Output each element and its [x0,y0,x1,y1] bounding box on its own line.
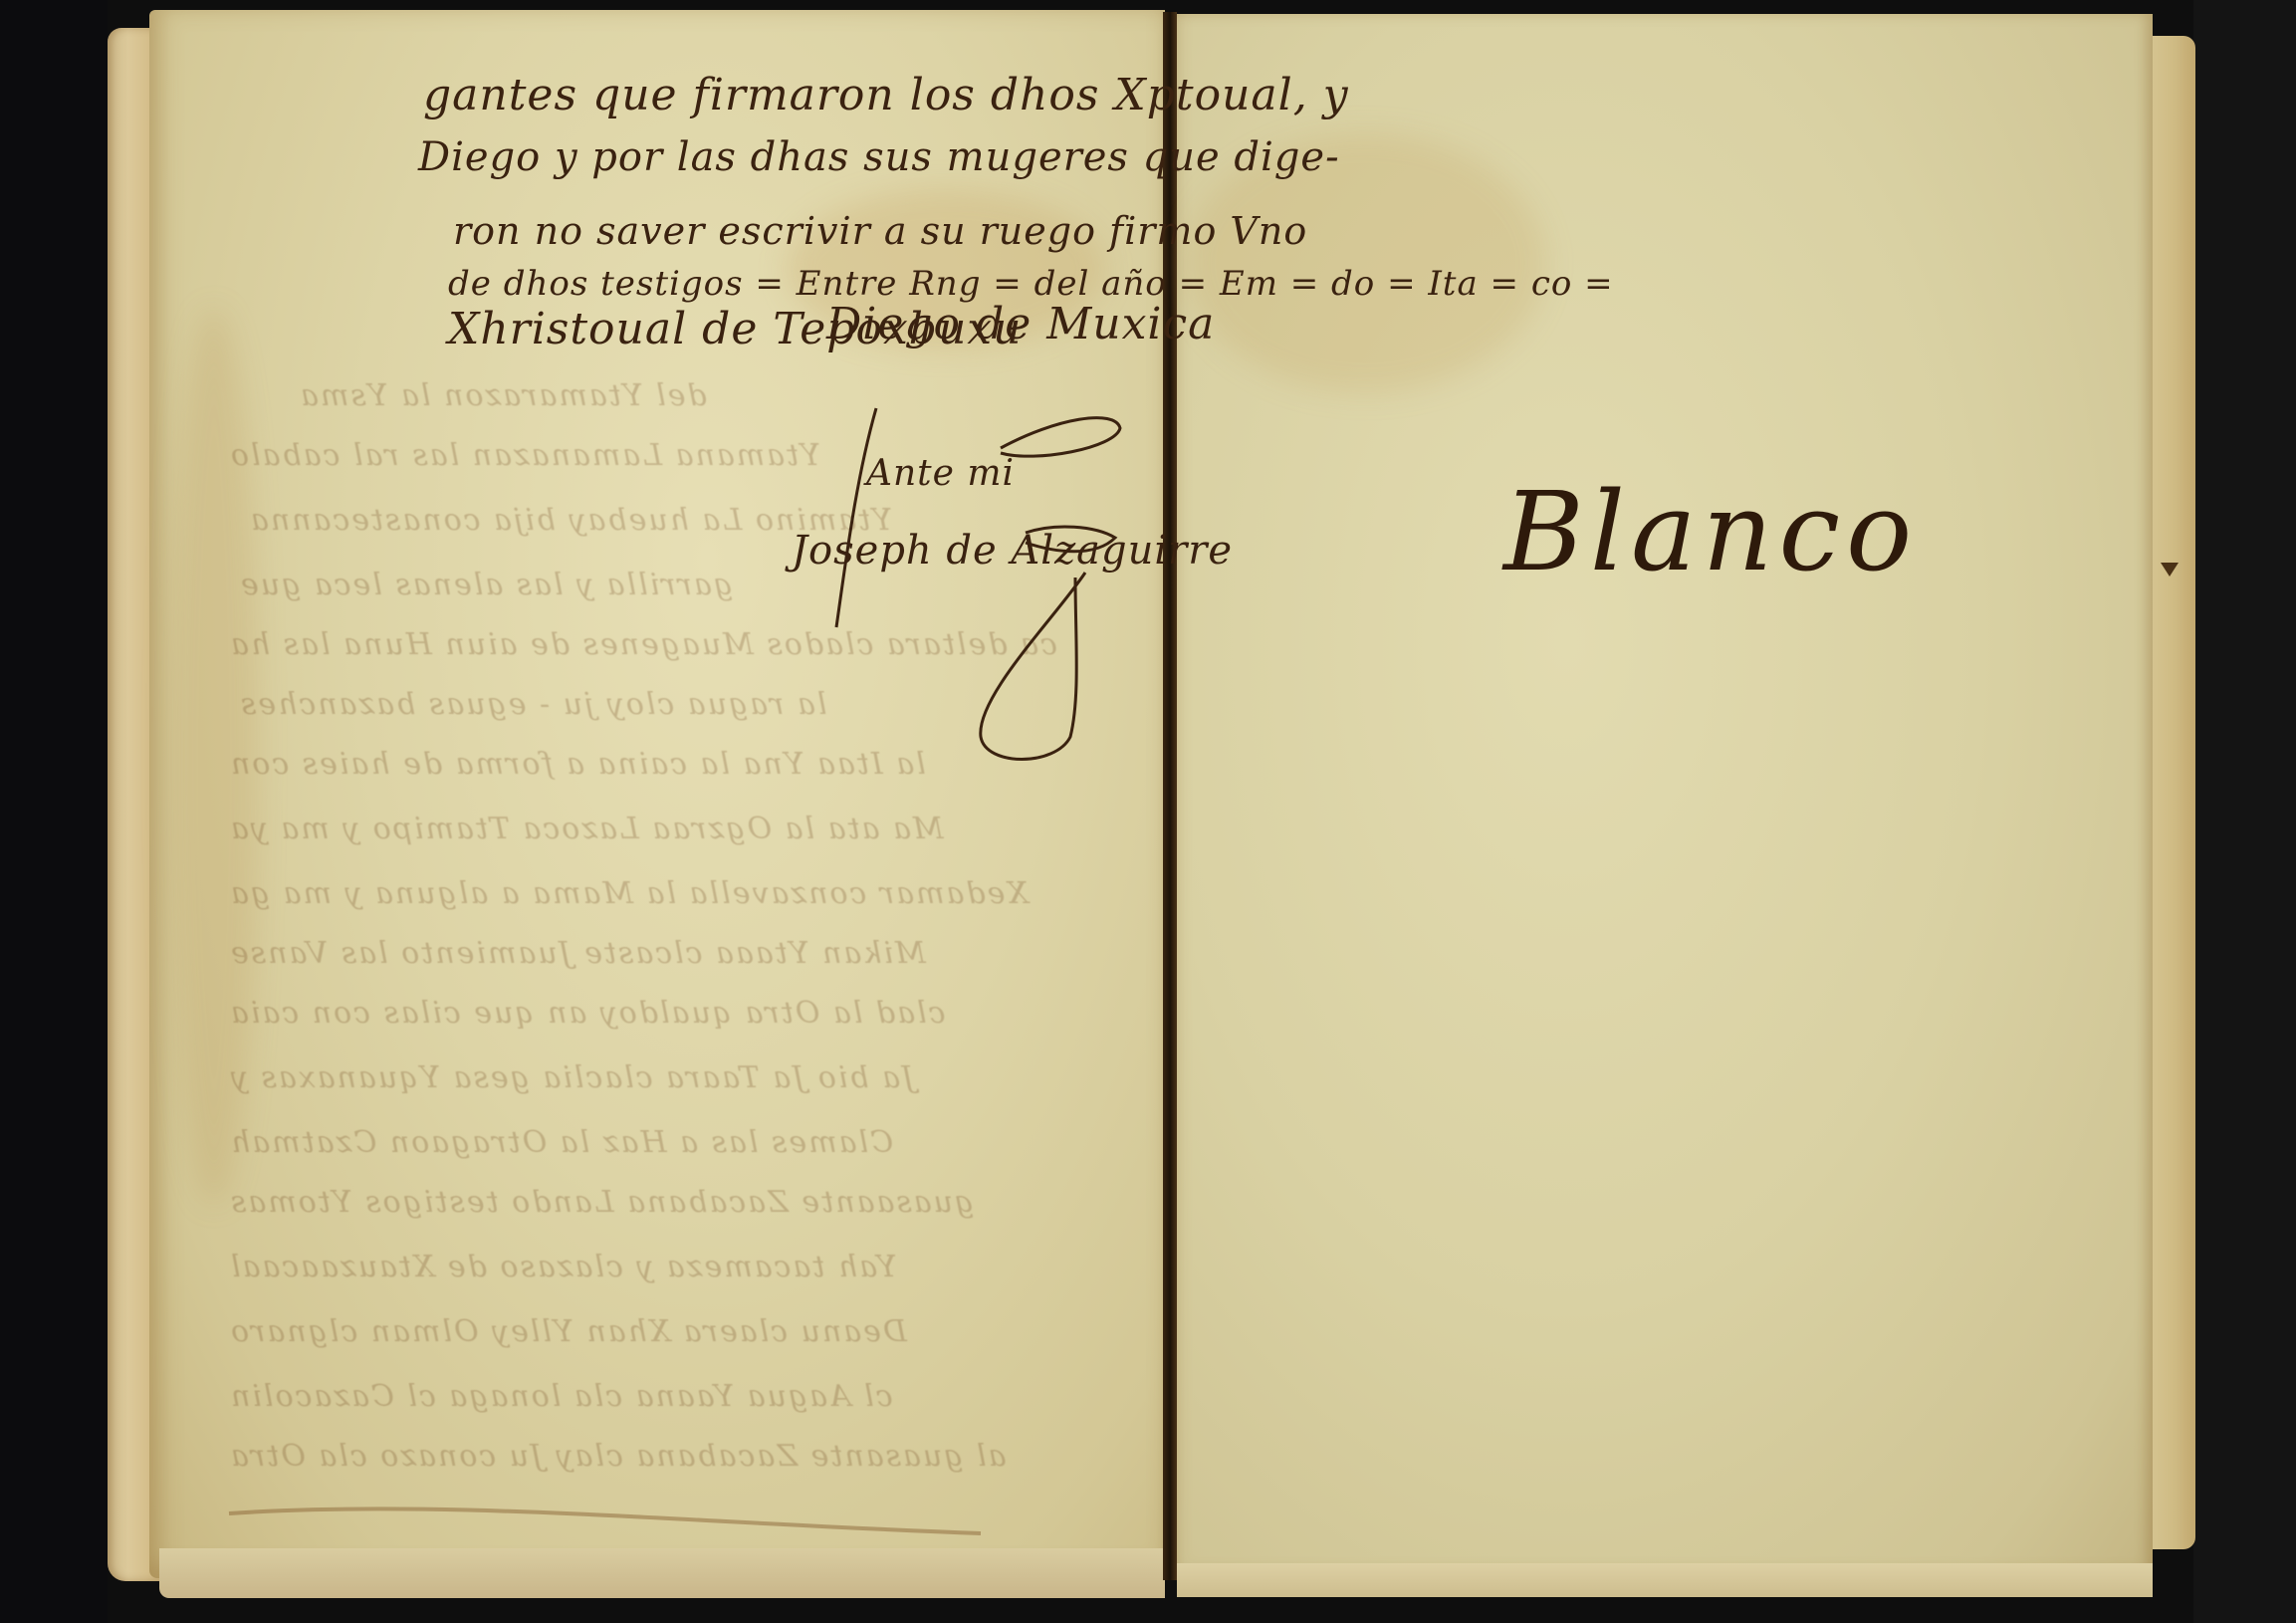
blanco-annotation: Blanco [1503,468,1918,595]
signature-flourish-icon [0,0,2296,1623]
